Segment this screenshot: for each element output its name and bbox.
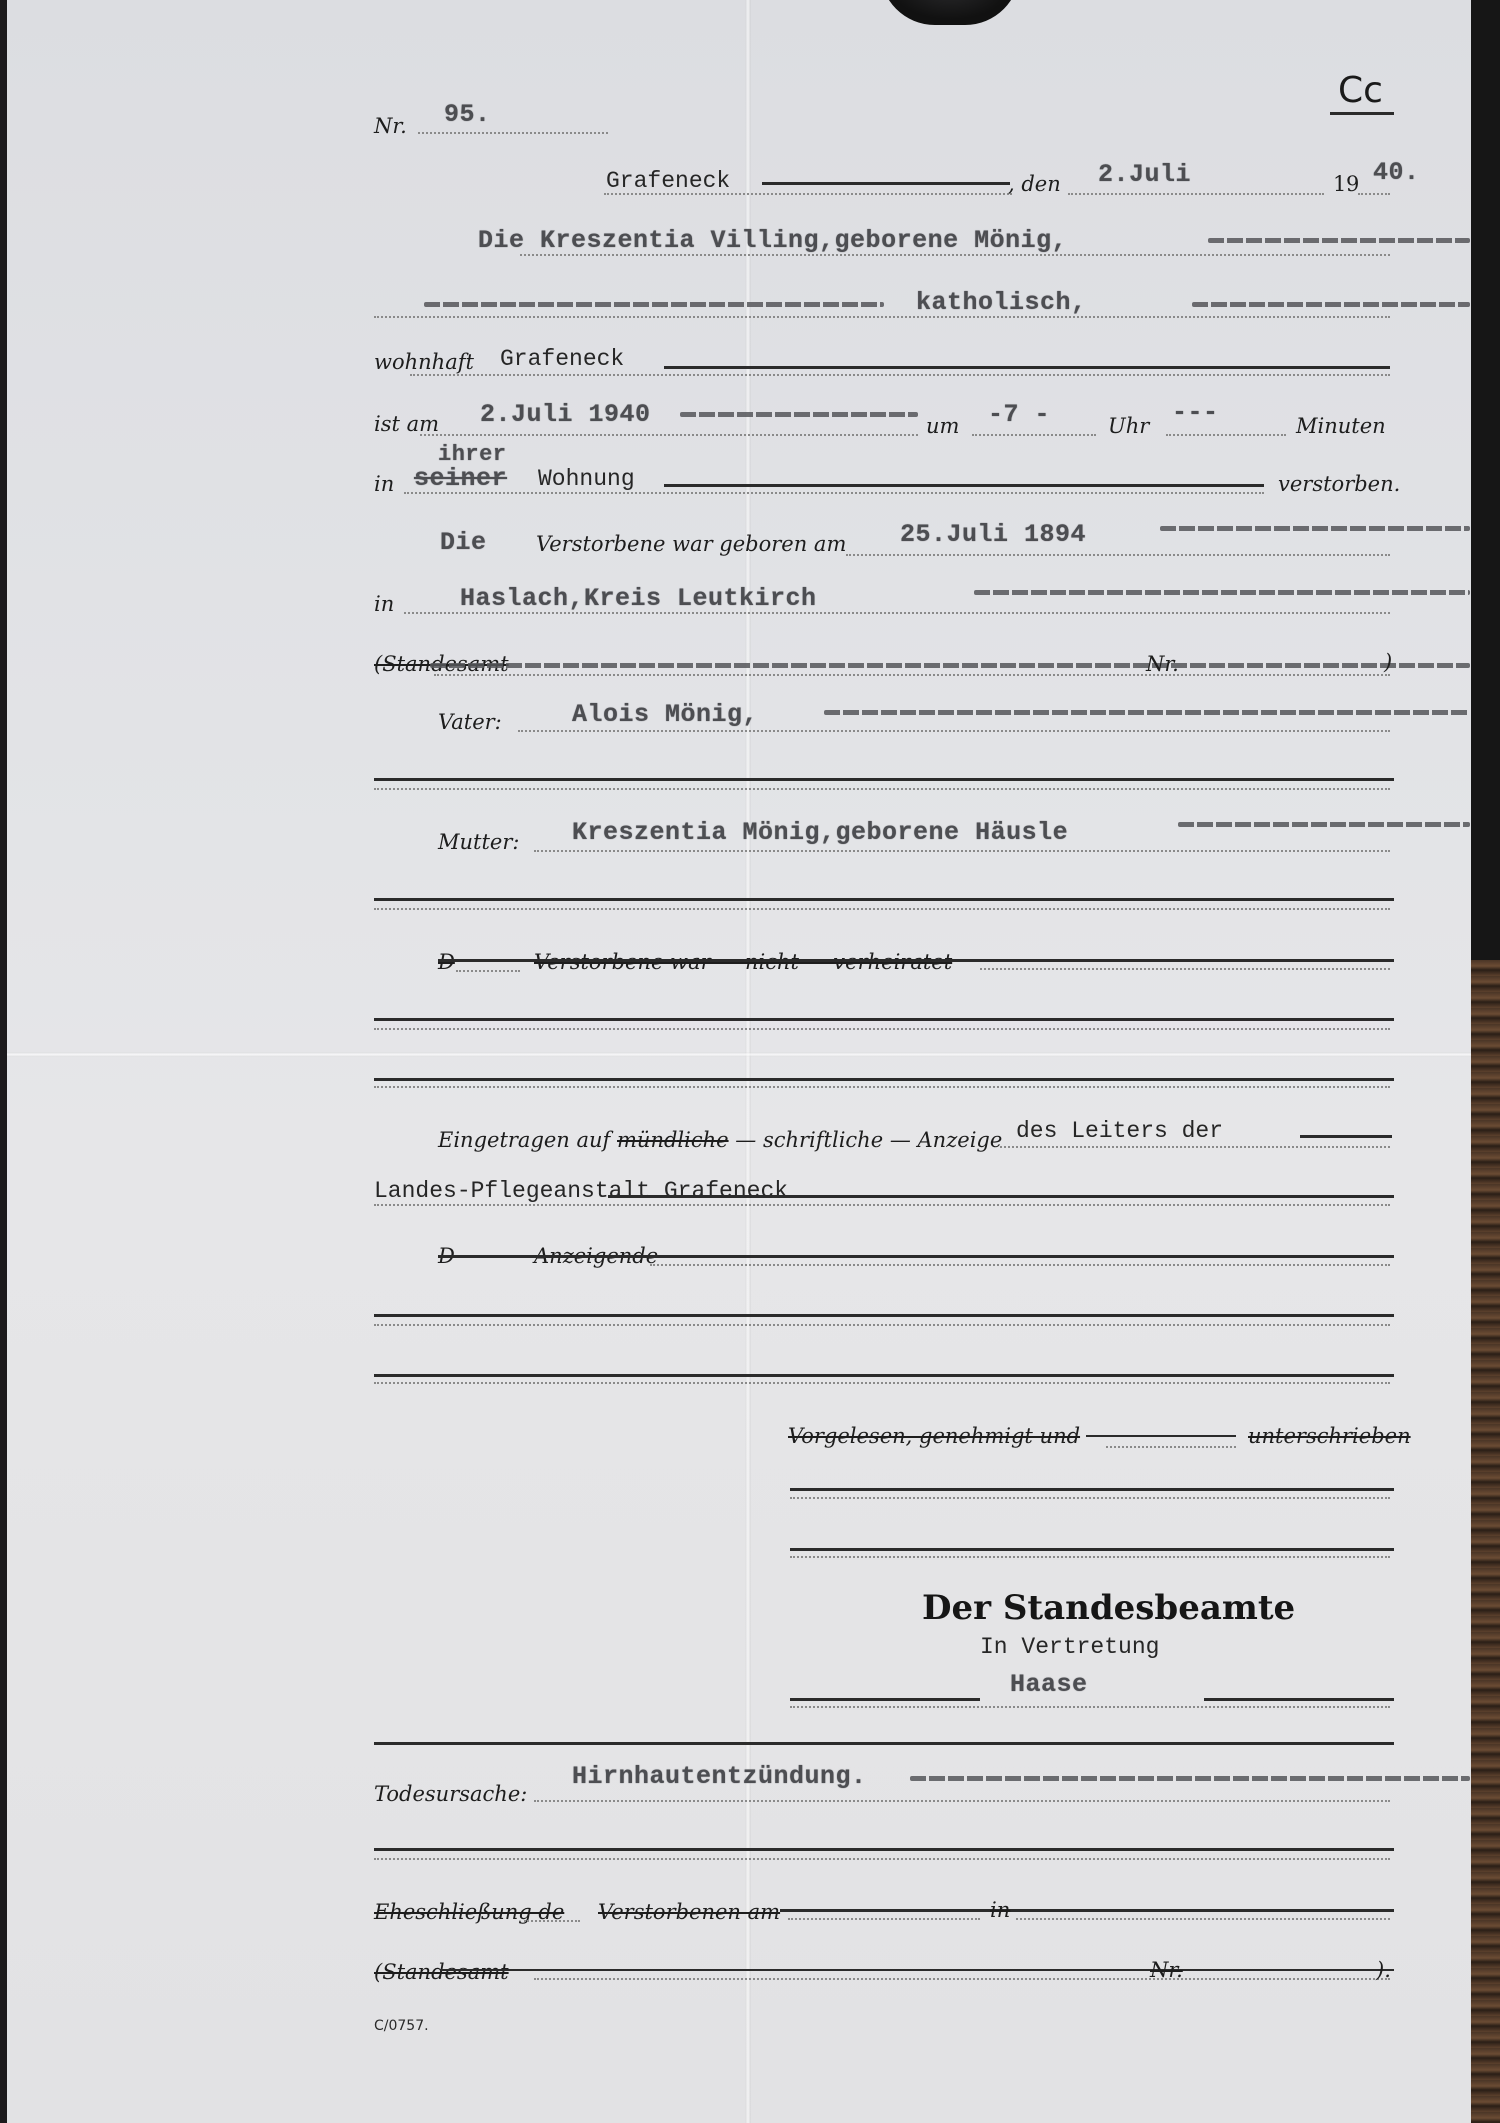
- registration-oral-struck: mündliche: [617, 1128, 729, 1152]
- birth-registry-close: ): [1384, 650, 1392, 674]
- informant-extra-dotted-1: [374, 1324, 1390, 1326]
- name-dotted-line: [520, 254, 1390, 256]
- religion-filler-right: [1192, 302, 1470, 307]
- mother-filler: [1178, 822, 1470, 827]
- mother-extra-line: [374, 898, 1394, 901]
- den-label: , den: [1008, 172, 1061, 196]
- birth-label: Verstorbene war geboren am: [536, 532, 846, 556]
- death-certificate-paper: [7, 0, 1471, 2123]
- birth-registry-nr-label: Nr.: [1146, 652, 1179, 676]
- birth-date-value: 25.Juli 1894: [900, 520, 1086, 549]
- father-label: Vater:: [438, 710, 502, 734]
- marital-article: D: [438, 950, 455, 974]
- marriage-registry-line: [534, 1978, 1390, 1980]
- birth-place-filler: [974, 590, 1470, 595]
- marriage-article-line: [524, 1920, 580, 1922]
- um-label: um: [926, 414, 959, 438]
- mother-line: [534, 850, 1390, 852]
- year-value: 40.: [1373, 158, 1420, 187]
- cause-of-death-filler: [910, 1776, 1470, 1781]
- place-of-death-line: [404, 492, 1264, 494]
- marital-extra-line-1: [374, 1018, 1394, 1021]
- name-filler-dashes: [1208, 238, 1470, 243]
- reporter-fill-2: [608, 1195, 1394, 1198]
- birth-place-value: Haslach,Kreis Leutkirch: [460, 584, 817, 613]
- birth-registry-strike: [430, 663, 1470, 668]
- cause-of-death-line: [534, 1800, 1390, 1802]
- marriage-in-label: in: [990, 1898, 1010, 1922]
- reporter-value-1: des Leiters der: [1016, 1118, 1223, 1144]
- marriage-label-2: Verstorbenen am: [598, 1900, 780, 1924]
- date-line: [1068, 193, 1324, 195]
- informant-extra-line-1: [374, 1314, 1394, 1317]
- record-number-label: Nr.: [374, 114, 407, 138]
- background-dark-edge: [1470, 0, 1500, 960]
- religion-filler-left: [424, 302, 884, 307]
- cause-extra-line: [374, 1848, 1394, 1851]
- informant-fill-line: [438, 1255, 1394, 1258]
- signature-dotted-2: [790, 1556, 1390, 1558]
- form-code-underline: [1330, 112, 1394, 115]
- marriage-registry-nr-label: Nr.: [1150, 1958, 1183, 1982]
- deputy-label: In Vertretung: [980, 1634, 1159, 1660]
- place-of-death-value: Wohnung: [538, 466, 635, 492]
- official-title: Der Standesbeamte: [922, 1588, 1295, 1628]
- cause-of-death-value: Hirnhautentzündung.: [572, 1762, 867, 1791]
- form-code-text: Cc: [1338, 70, 1383, 111]
- record-number-value: 95.: [444, 100, 491, 129]
- residence-fill-line: [664, 366, 1390, 369]
- informant-extra-dotted-2: [374, 1382, 1390, 1384]
- minutes-line: [1166, 434, 1286, 436]
- signature-line-2: [790, 1548, 1394, 1551]
- official-sig-line-left: [790, 1698, 980, 1701]
- read-approved-line: [1106, 1446, 1236, 1448]
- death-date-value: 2.Juli 1940: [480, 400, 651, 429]
- record-number-line: [418, 132, 608, 134]
- birth-article: Die: [440, 528, 487, 557]
- birth-registry-line: [434, 674, 1390, 676]
- marriage-registry-close: ).: [1376, 1958, 1391, 1982]
- marital-fill-line: [438, 959, 1394, 962]
- mother-extra-dotted: [374, 908, 1390, 910]
- pronoun-inserted: ihrer: [438, 442, 507, 467]
- registration-label: Eingetragen auf mündliche — schriftliche…: [438, 1128, 1002, 1152]
- place-value: Grafeneck: [606, 168, 730, 194]
- year-line: [1358, 193, 1390, 195]
- religion-dotted-line: [374, 316, 1390, 318]
- marriage-fill-line: [780, 1909, 1394, 1912]
- read-approved-label: Vorgelesen, genehmigt und: [788, 1424, 1080, 1448]
- birth-date-filler: [1160, 526, 1470, 531]
- uhr-label: Uhr: [1108, 414, 1149, 438]
- marital-extra-line-2: [374, 1078, 1394, 1081]
- informant-dotted-line: [650, 1264, 1390, 1266]
- signature-dotted-1: [790, 1497, 1390, 1499]
- birth-date-line: [846, 554, 1390, 556]
- place-fill-line: [762, 182, 1010, 185]
- marriage-date-line: [788, 1918, 980, 1920]
- marital-extra-dotted-1: [374, 1028, 1390, 1030]
- read-approved-strike: [1086, 1435, 1236, 1437]
- registration-dash-2: —: [890, 1128, 911, 1152]
- form-code: Cc: [1338, 70, 1383, 111]
- informant-extra-line-2: [374, 1374, 1394, 1377]
- pronoun-struck: seiner: [414, 464, 507, 493]
- place-dotted-line: [604, 193, 1012, 195]
- minutes-value: ---: [1172, 398, 1219, 427]
- mother-label: Mutter:: [438, 830, 519, 854]
- registration-written: schriftliche: [763, 1128, 883, 1152]
- official-sig-line-right: [1204, 1698, 1394, 1701]
- verstorben-label: verstorben.: [1278, 472, 1400, 496]
- footer-form-code: C/0757.: [374, 2018, 429, 2034]
- reporter-line-2: [374, 1204, 1390, 1206]
- death-date-line: [420, 434, 918, 436]
- residence-dotted-line: [410, 374, 1390, 376]
- hour-line: [972, 434, 1096, 436]
- father-extra-dotted: [374, 788, 1390, 790]
- cause-extra-dotted: [374, 1858, 1390, 1860]
- father-value: Alois Mönig,: [572, 700, 758, 729]
- residence-label: wohnhaft: [374, 350, 474, 374]
- registration-report-label: Anzeige: [918, 1128, 1003, 1152]
- residence-value: Grafeneck: [500, 346, 624, 372]
- registration-dash-1: —: [735, 1128, 756, 1152]
- signed-label: unterschrieben: [1248, 1424, 1411, 1448]
- reporter-fill-1: [1300, 1135, 1392, 1138]
- date-value: 2.Juli: [1098, 160, 1191, 189]
- cause-of-death-label: Todesursache:: [374, 1782, 527, 1806]
- deceased-name: Die Kreszentia Villing,geborene Mönig,: [478, 226, 1067, 255]
- section-divider: [374, 1742, 1394, 1745]
- century-label: 19: [1333, 172, 1359, 196]
- marriage-registry-label: (Standesamt: [374, 1960, 509, 1984]
- father-line: [518, 730, 1390, 732]
- death-date-filler: [680, 412, 918, 417]
- death-date-label: ist am: [374, 412, 439, 436]
- mother-value: Kreszentia Mönig,geborene Häusle: [572, 818, 1068, 847]
- official-name: Haase: [1010, 1670, 1088, 1699]
- paper-fold-vertical: [745, 0, 751, 2123]
- marital-extra-dotted-2: [374, 1086, 1390, 1088]
- birth-place-label: in: [374, 592, 394, 616]
- in-label: in: [374, 472, 394, 496]
- marital-dotted-line: [980, 968, 1390, 970]
- marital-article-line: [456, 970, 520, 972]
- reporter-line-1: [1000, 1146, 1390, 1148]
- father-filler: [824, 710, 1470, 715]
- religion-value: katholisch,: [916, 288, 1087, 317]
- official-sig-dotted: [790, 1706, 1390, 1708]
- hour-value: -7 -: [988, 400, 1050, 429]
- signature-line-1: [790, 1488, 1394, 1491]
- registration-prefix: Eingetragen auf: [438, 1128, 610, 1152]
- reporter-value-2: Landes-Pflegeanstalt Grafeneck: [374, 1178, 788, 1204]
- marital-text: Verstorbene war — nicht — verheiratet: [534, 950, 952, 974]
- paper-fold-horizontal: [7, 1052, 1471, 1057]
- marriage-place-line: [1016, 1918, 1390, 1920]
- father-extra-line: [374, 778, 1394, 781]
- place-of-death-fill-line: [664, 484, 1264, 487]
- minuten-label: Minuten: [1296, 414, 1386, 438]
- marriage-registry-strike: [440, 1969, 1394, 1971]
